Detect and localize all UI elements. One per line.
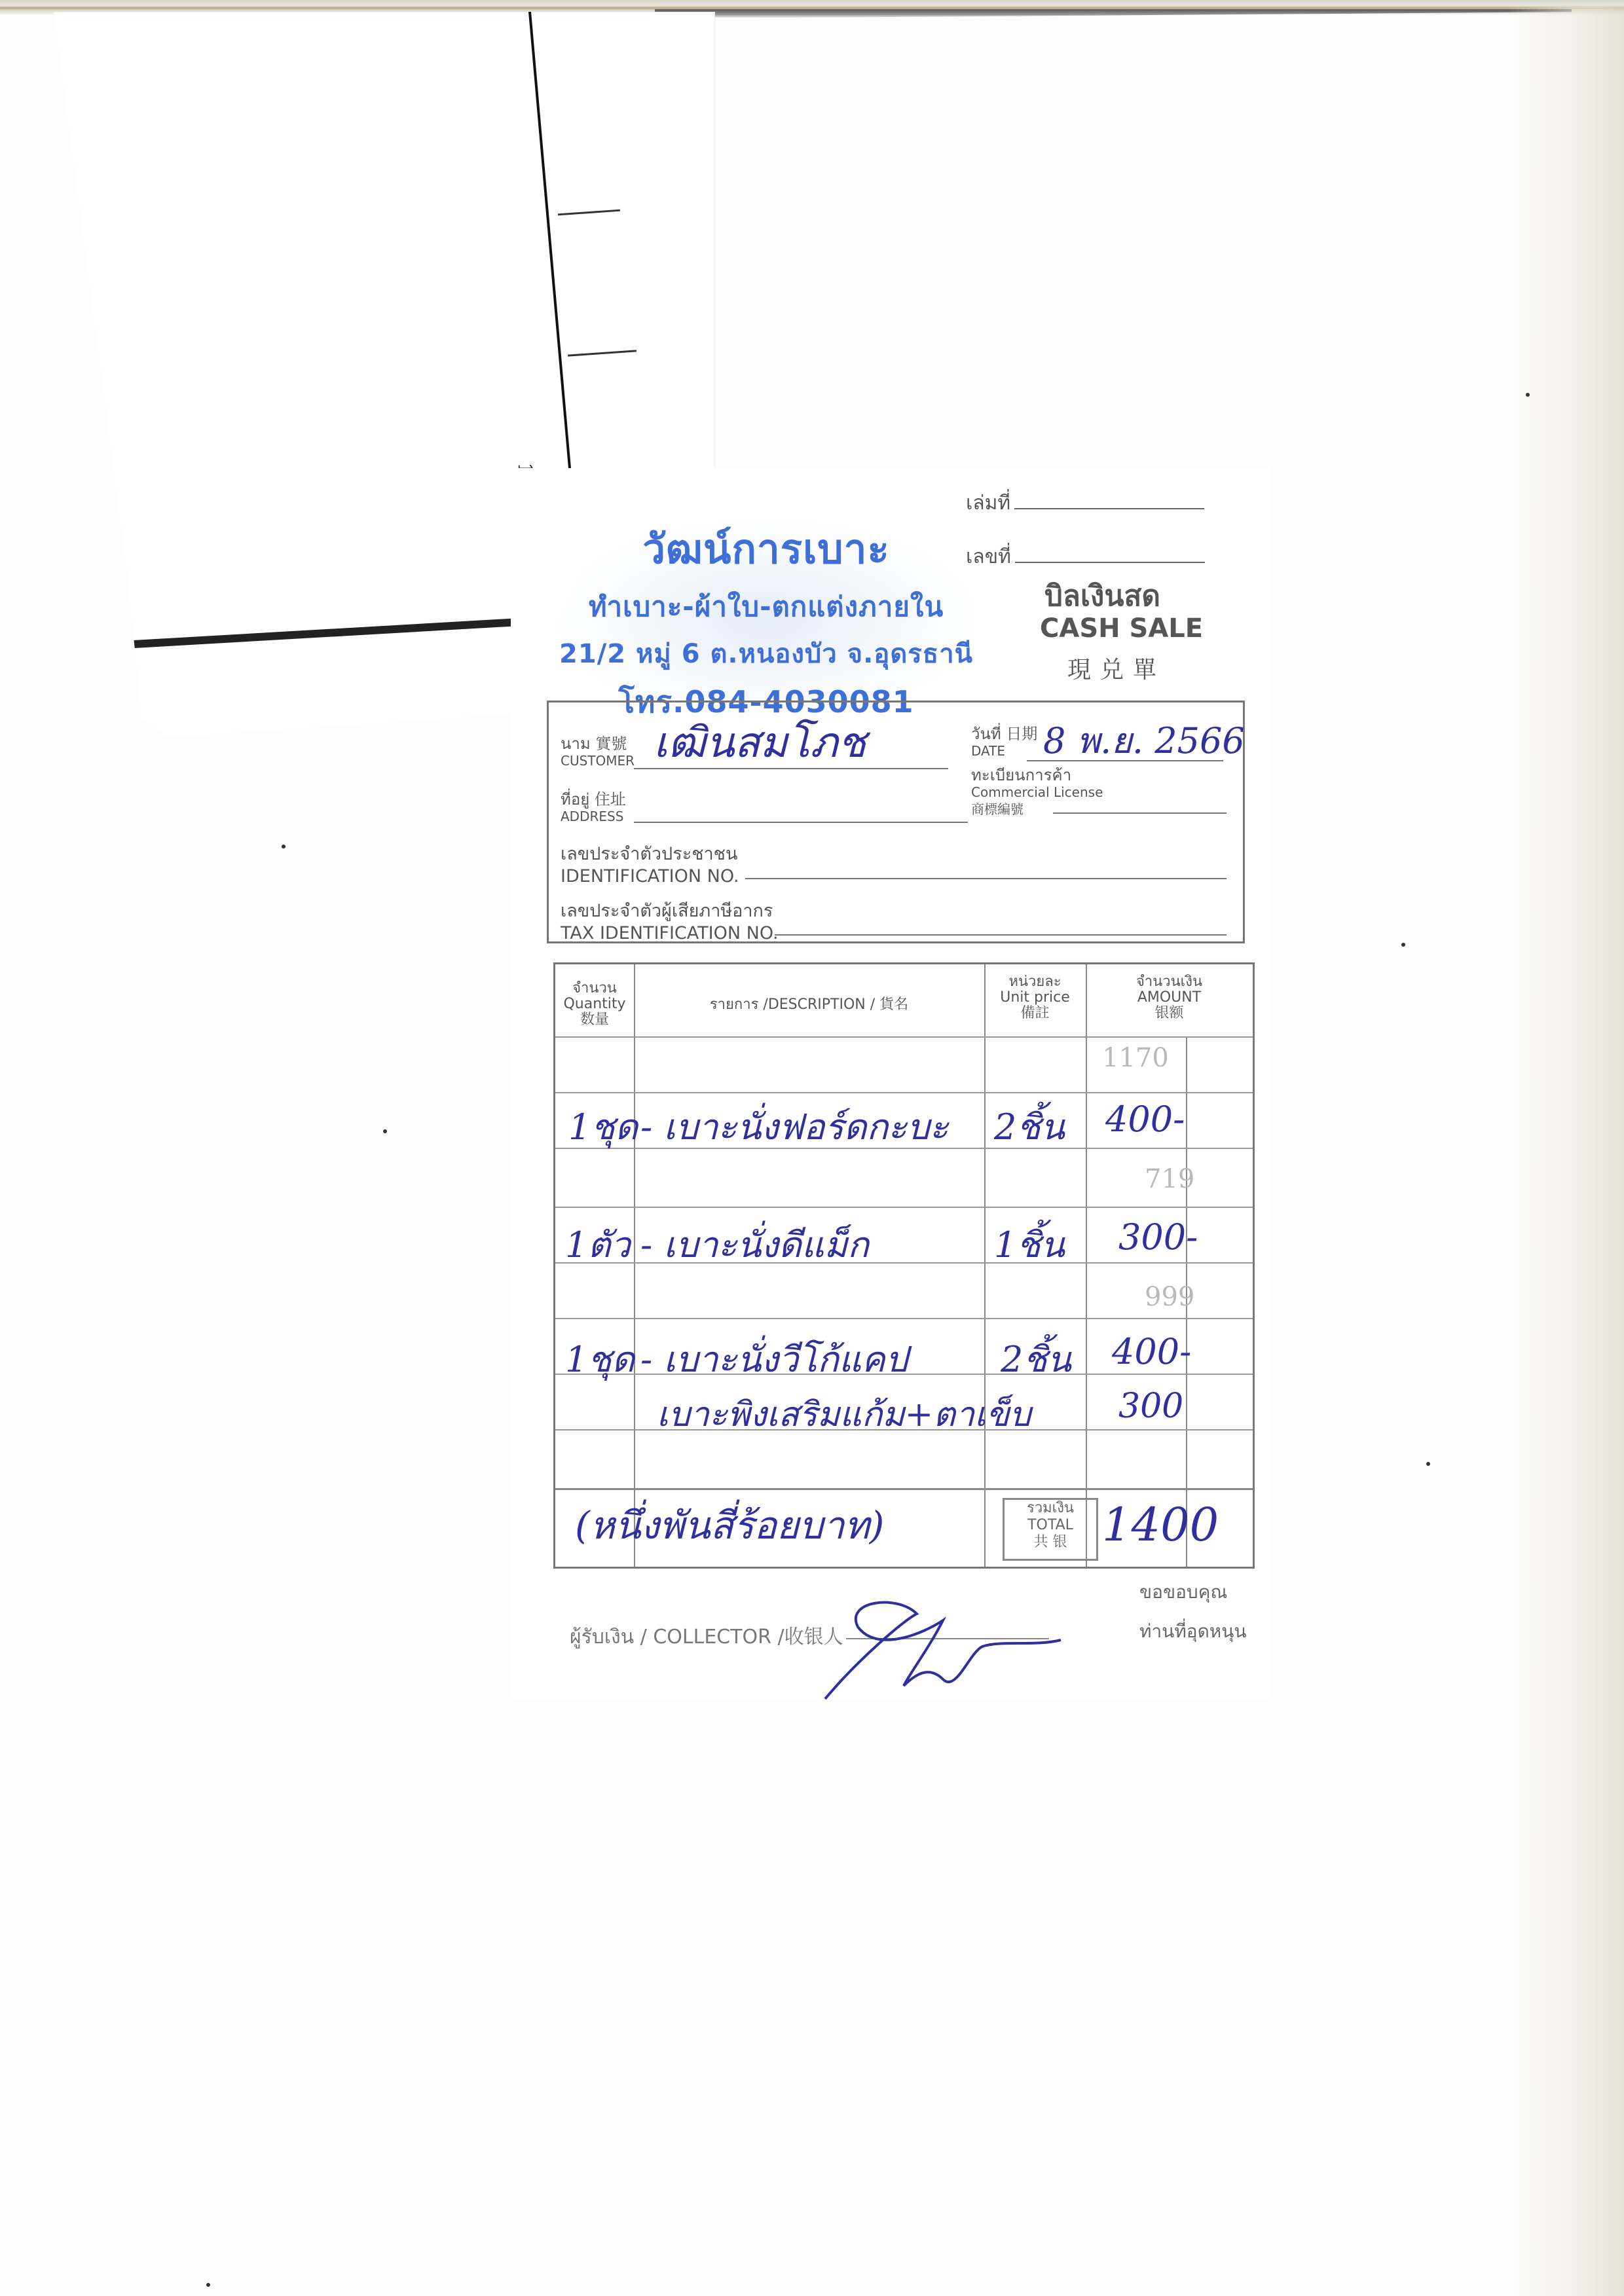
pencil-note: 999 — [1145, 1282, 1194, 1312]
thanks-line-2: ท่านที่อุดหนุน — [1139, 1617, 1247, 1646]
header-amount: จำนวนเงินAMOUNT银额 — [1086, 974, 1253, 1021]
pencil-note: 719 — [1145, 1164, 1194, 1194]
title-english: CASH SALE — [1040, 613, 1203, 644]
customer-label: นาม 實號CUSTOMER — [561, 735, 635, 769]
title-chinese: 現兑單 — [1067, 651, 1166, 685]
scan-speck — [206, 2283, 210, 2287]
book-number-label: เล่มที่ — [966, 492, 1010, 515]
scan-speck — [282, 845, 286, 848]
scan-speck — [1426, 1462, 1430, 1466]
ruled-line — [558, 210, 620, 216]
bill-number-label: เลขที่ — [966, 545, 1011, 568]
thanks-line-1: ขอขอบคุณ — [1139, 1578, 1227, 1607]
date-value: 8 พ.ย. 2566 — [1043, 712, 1245, 769]
pencil-note: 1170 — [1102, 1043, 1169, 1073]
stamp-shop-name: วัฒน์การเบาะ — [550, 517, 982, 581]
header-unit-price: หน่วยละUnit price備註 — [984, 974, 1086, 1021]
header-description: รายการ /DESCRIPTION / 貨名 — [634, 997, 984, 1013]
cash-sale-receipt: วัฒน์การเบาะ ทำเบาะ-ผ้าใบ-ตกแต่งภายใน 21… — [511, 468, 1270, 1699]
commercial-license-label: ทะเบียนการค้าCommercial License商標編號 — [971, 767, 1103, 818]
total-value: 1400 — [1102, 1498, 1219, 1552]
shop-stamp: วัฒน์การเบาะ ทำเบาะ-ผ้าใบ-ตกแต่งภายใน 21… — [550, 517, 982, 720]
customer-info-box: นาม 實號CUSTOMER เฒินสมโภช วันที่ 日期DATE 8… — [547, 701, 1245, 943]
header-quantity: จำนวนQuantity数量 — [555, 981, 634, 1028]
scan-speck — [1526, 393, 1530, 397]
ruled-line — [568, 350, 637, 356]
book-number-field: เล่มที่ — [966, 488, 1204, 519]
bill-number-field: เลขที่ — [966, 541, 1205, 572]
id-number-label: เลขประจำตัวประชาชนIDENTIFICATION NO. — [561, 843, 739, 888]
title-thai: บิลเงินสด — [1044, 573, 1160, 619]
total-label: รวมเงินTOTAL共 银 — [1003, 1498, 1098, 1561]
date-label: วันที่ 日期DATE — [971, 725, 1037, 759]
address-label: ที่อยู่ 住址ADDRESS — [561, 791, 626, 825]
scan-speck — [383, 1129, 387, 1133]
customer-name-value: เฒินสมโภช — [654, 709, 866, 776]
stamp-address: 21/2 หมู่ 6 ต.หนองบัว จ.อุดรธานี — [550, 632, 982, 674]
tax-id-label: เลขประจำตัวผู้เสียภาษีอากรTAX IDENTIFICA… — [561, 900, 779, 945]
scan-speck — [1401, 943, 1405, 947]
amount-in-words: (หนึ่งพันสี่ร้อยบาท) — [575, 1495, 884, 1556]
stamp-services: ทำเบาะ-ผ้าใบ-ตกแต่งภายใน — [550, 585, 982, 629]
collector-label: ผู้รับเงิน / COLLECTOR /收银人 — [570, 1620, 843, 1652]
items-table: จำนวนQuantity数量 รายการ /DESCRIPTION / 貨名… — [553, 962, 1255, 1569]
signature — [819, 1594, 1067, 1705]
page-edge-shadow — [1506, 7, 1624, 2296]
